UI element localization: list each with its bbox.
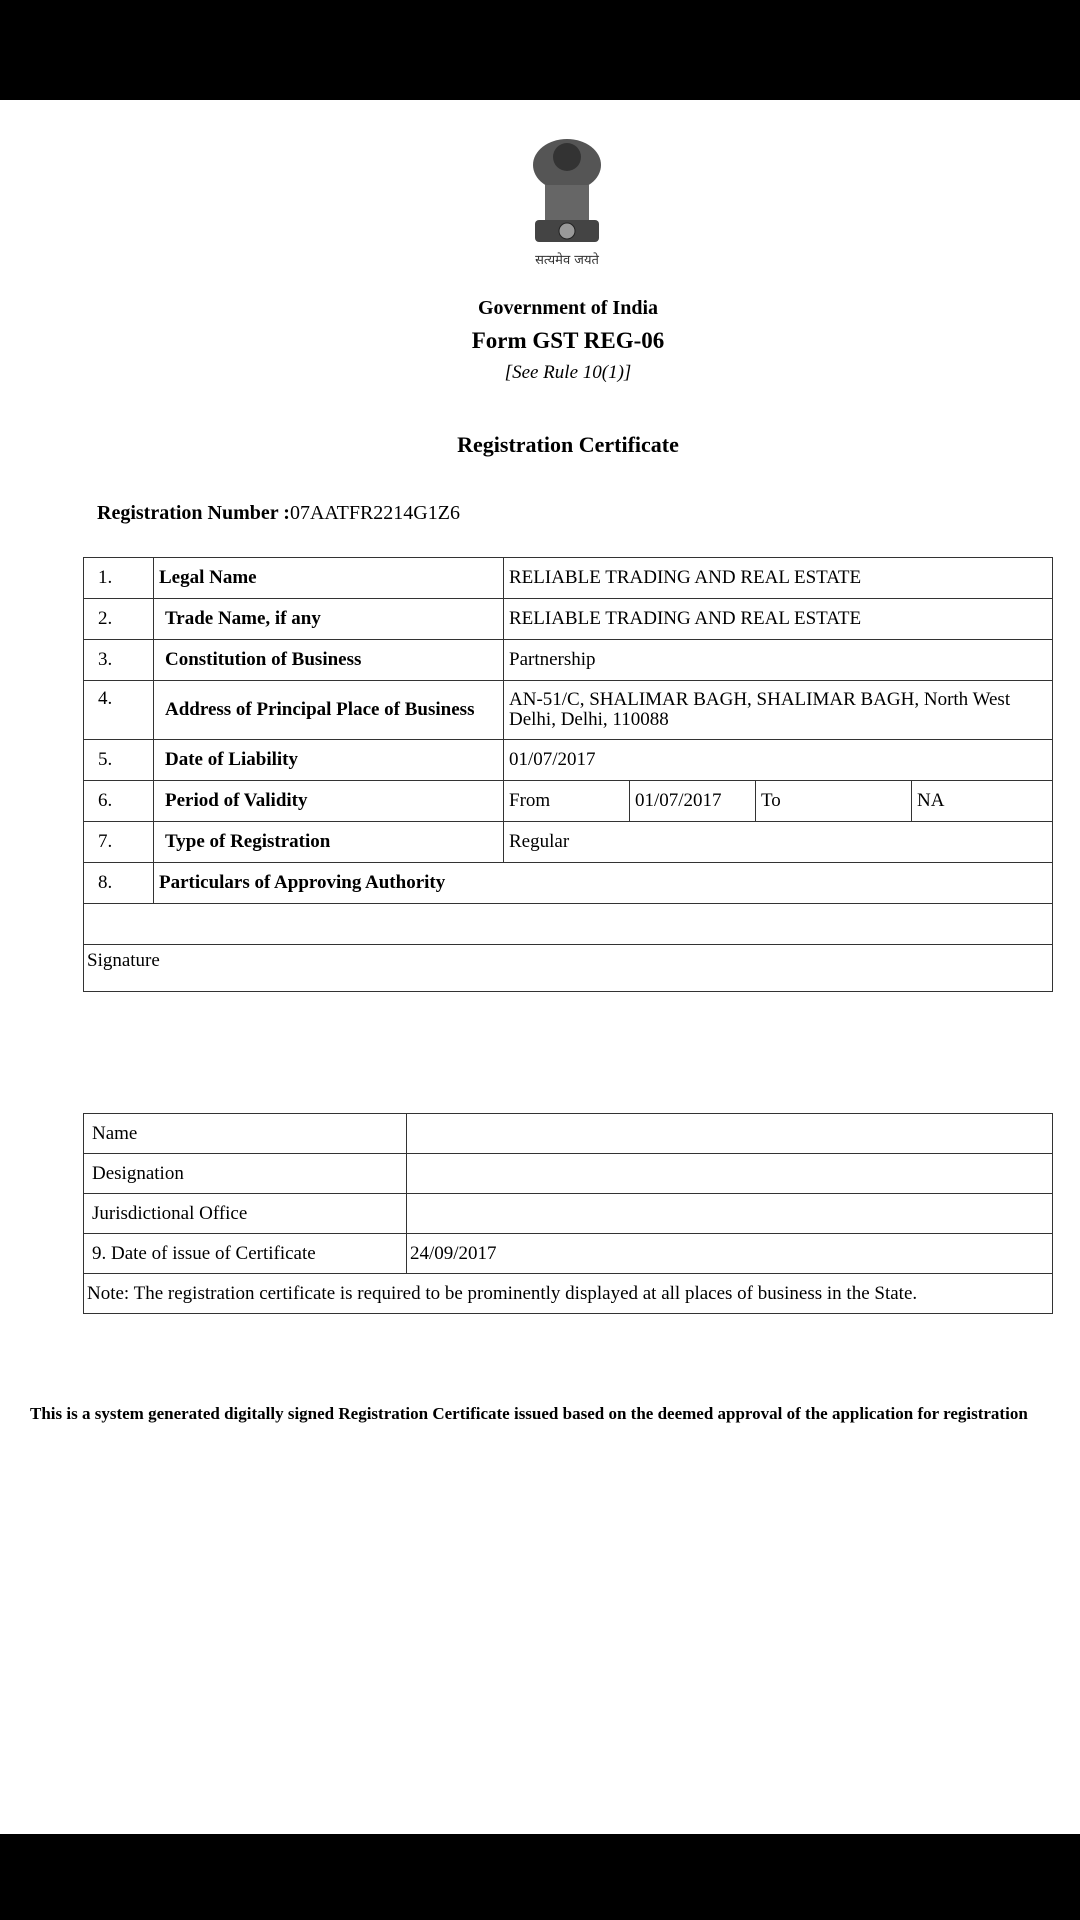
emblem-motto: सत्यमेव जयते [500,250,634,268]
government-heading: Government of India [0,297,1080,320]
row-value: AN-51/C, SHALIMAR BAGH, SHALIMAR BAGH, N… [504,681,1053,740]
rule-reference: [See Rule 10(1)] [0,362,1080,384]
signature-label: Signature [84,945,1053,992]
certificate-table: 1. Legal Name RELIABLE TRADING AND REAL … [83,557,1053,992]
authority-table: Name Designation Jurisdictional Office 9… [83,1113,1053,1314]
blank-row [84,904,1053,945]
national-emblem-icon [525,135,609,255]
row-label: Period of Validity [154,781,504,822]
authority-label: Jurisdictional Office [84,1194,407,1234]
row-label: Address of Principal Place of Business [154,681,504,740]
authority-value [407,1114,1053,1154]
note-row: Note: The registration certificate is re… [84,1274,1053,1314]
table-row: 6. Period of Validity From 01/07/2017 To… [84,781,1053,822]
system-generated-notice: This is a system generated digitally sig… [30,1400,1040,1427]
authority-label: 9. Date of issue of Certificate [84,1234,407,1274]
row-value: RELIABLE TRADING AND REAL ESTATE [504,599,1053,640]
table-row: Jurisdictional Office [84,1194,1053,1234]
row-number: 6. [84,781,154,822]
table-row: 2. Trade Name, if any RELIABLE TRADING A… [84,599,1053,640]
registration-number: Registration Number :07AATFR2214G1Z6 [97,502,460,525]
authority-label: Designation [84,1154,407,1194]
row-label: Trade Name, if any [154,599,504,640]
table-row: 3. Constitution of Business Partnership [84,640,1053,681]
row-label: Legal Name [154,558,504,599]
validity-from-value: 01/07/2017 [630,781,756,822]
row-number: 7. [84,822,154,863]
row-value: Partnership [504,640,1053,681]
row-value: RELIABLE TRADING AND REAL ESTATE [504,558,1053,599]
validity-to-label: To [756,781,912,822]
certificate-note: Note: The registration certificate is re… [84,1274,1053,1314]
table-row: 5. Date of Liability 01/07/2017 [84,740,1053,781]
authority-value: 24/09/2017 [407,1234,1053,1274]
row-value: Regular [504,822,1053,863]
row-value: 01/07/2017 [504,740,1053,781]
row-number: 8. [84,863,154,904]
authority-label: Name [84,1114,407,1154]
authority-value [407,1194,1053,1234]
row-label: Date of Liability [154,740,504,781]
row-number: 2. [84,599,154,640]
row-label: Particulars of Approving Authority [154,863,1053,904]
table-row: 1. Legal Name RELIABLE TRADING AND REAL … [84,558,1053,599]
row-number: 4. [84,681,154,740]
table-row: 9. Date of issue of Certificate 24/09/20… [84,1234,1053,1274]
certificate-title: Registration Certificate [0,432,1080,458]
row-number: 1. [84,558,154,599]
table-row: 4. Address of Principal Place of Busines… [84,681,1053,740]
bottom-bar [0,1834,1080,1920]
table-row: Designation [84,1154,1053,1194]
signature-row: Signature [84,945,1053,992]
top-bar [0,0,1080,100]
row-number: 3. [84,640,154,681]
row-label: Constitution of Business [154,640,504,681]
authority-value [407,1154,1053,1194]
validity-from-label: From [504,781,630,822]
table-row: Name [84,1114,1053,1154]
registration-number-label: Registration Number : [97,502,290,524]
row-number: 5. [84,740,154,781]
row-label: Type of Registration [154,822,504,863]
form-heading: Form GST REG-06 [0,328,1080,354]
table-row: 8. Particulars of Approving Authority [84,863,1053,904]
table-row: 7. Type of Registration Regular [84,822,1053,863]
registration-number-value: 07AATFR2214G1Z6 [290,502,460,524]
validity-to-value: NA [912,781,1053,822]
